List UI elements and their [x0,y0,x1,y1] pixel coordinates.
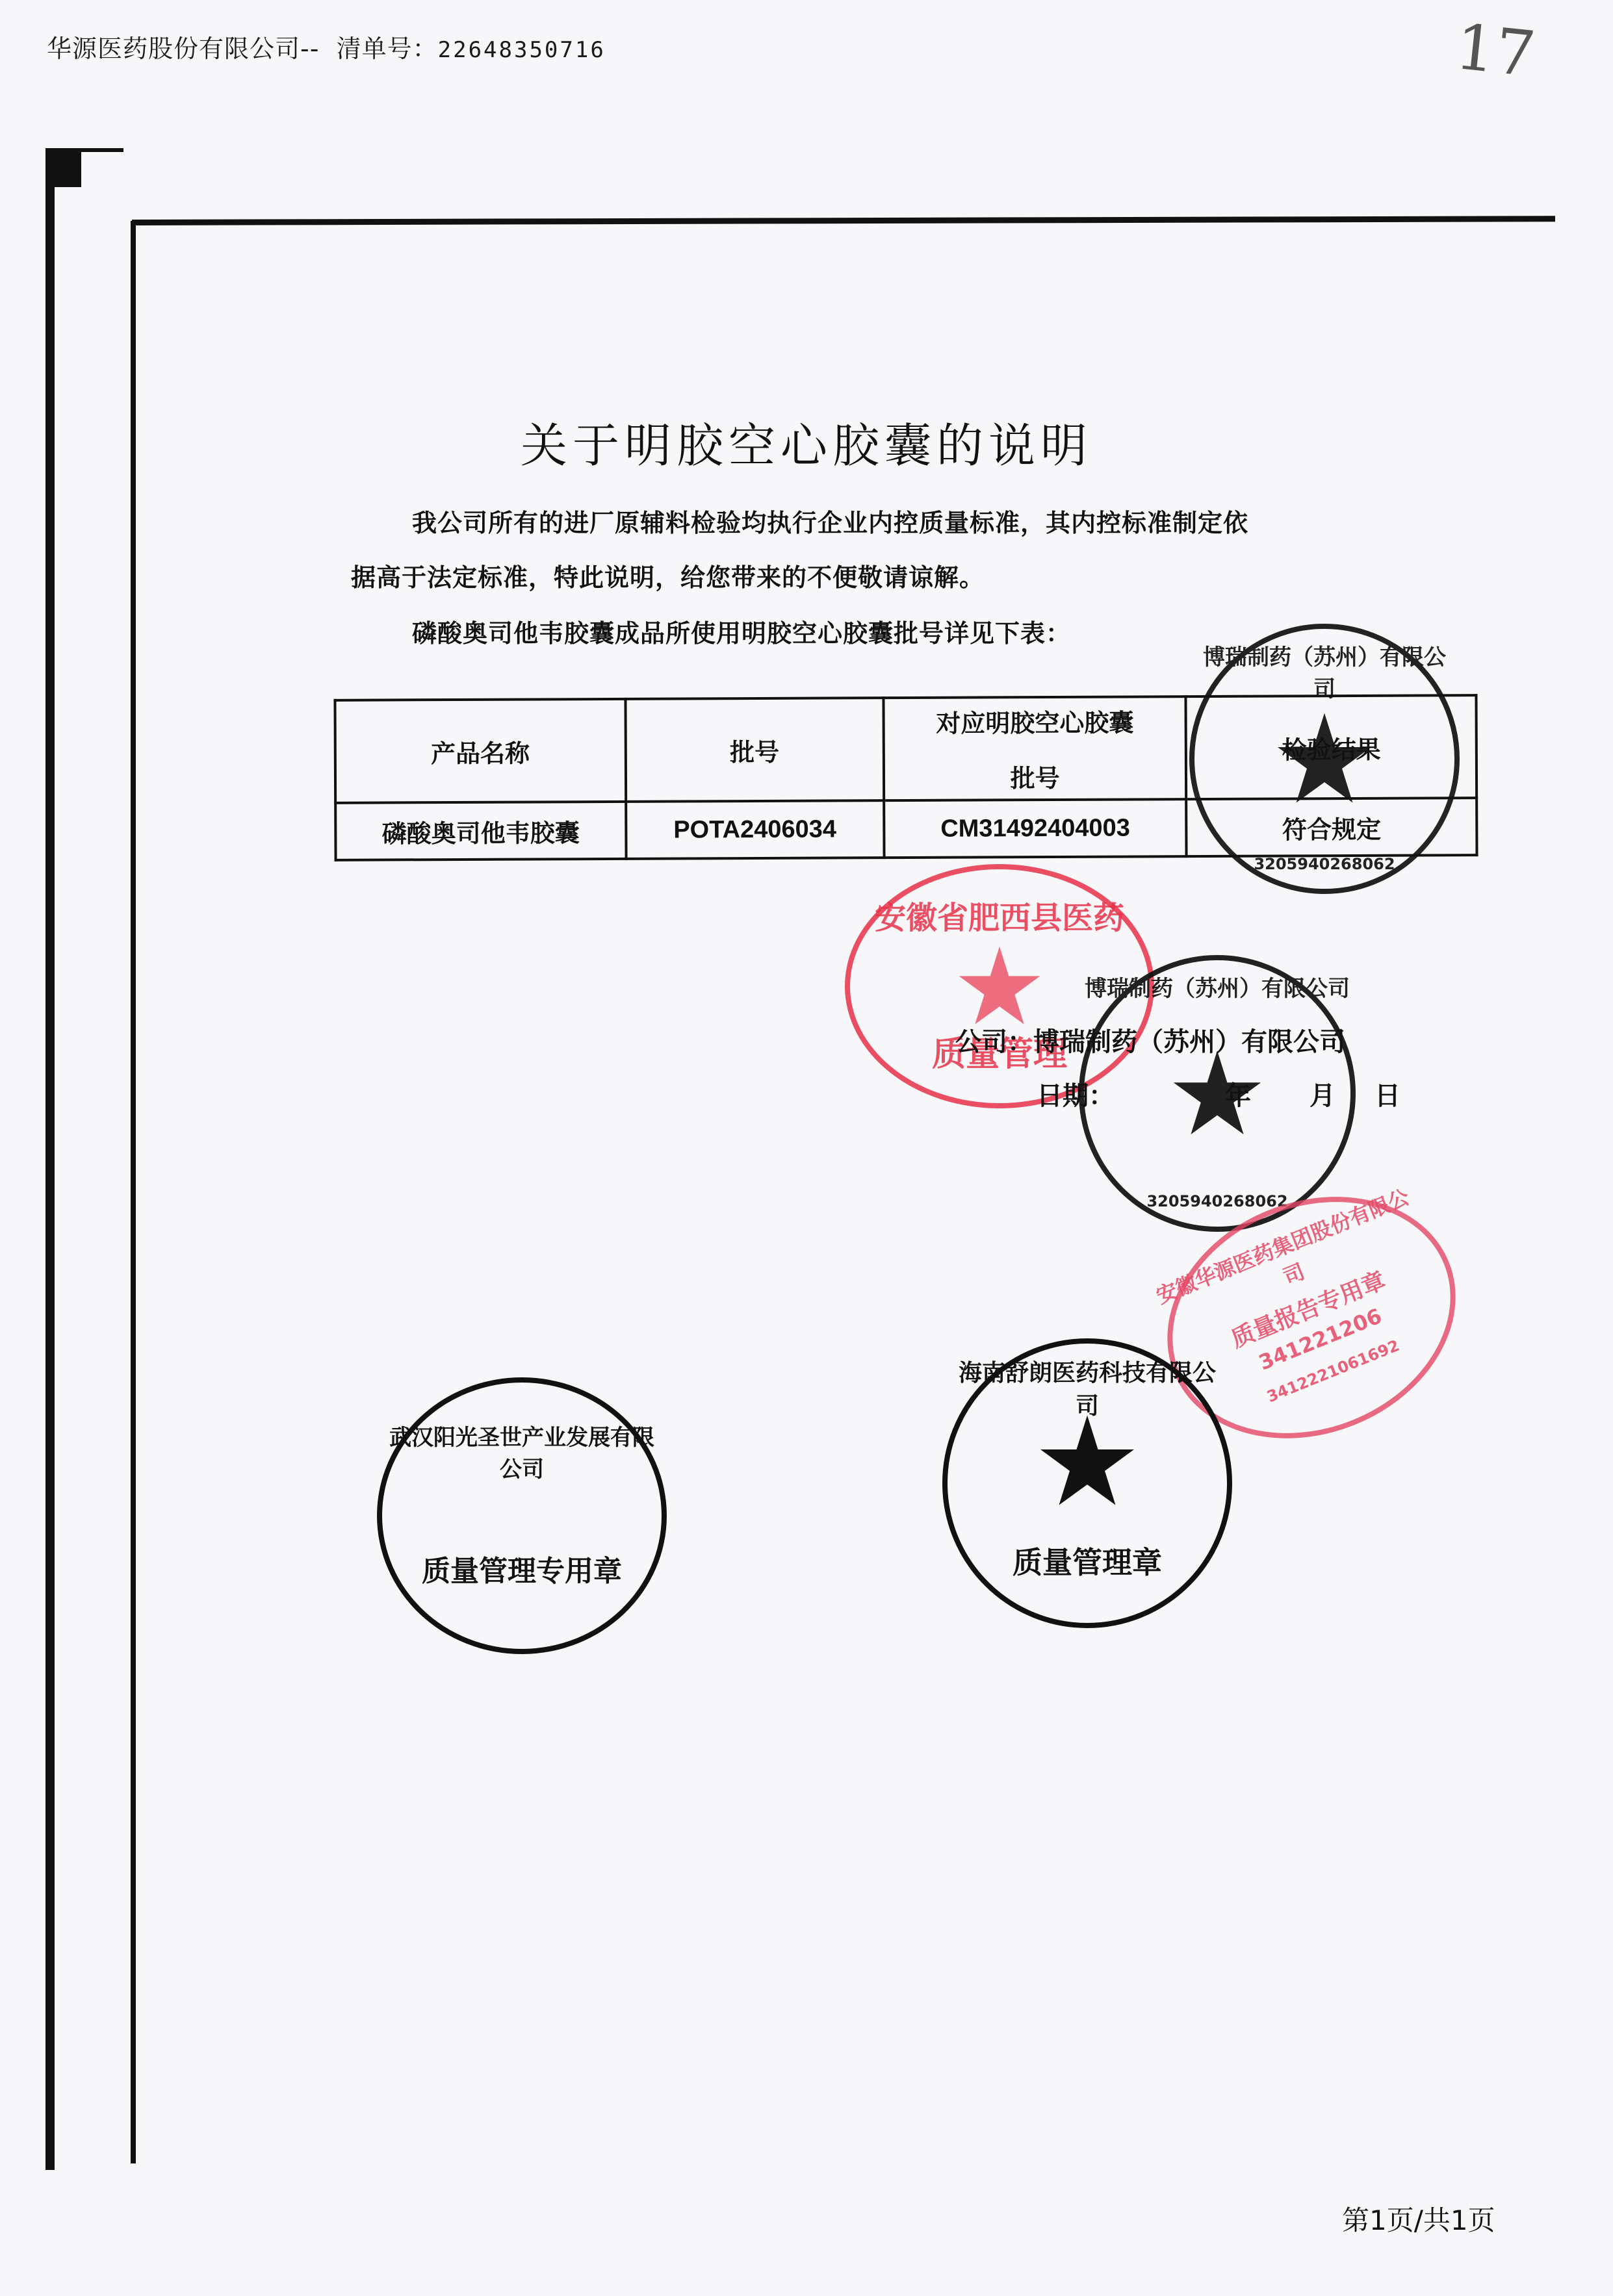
header-capsule-batch: 对应明胶空心胶囊 批号 [883,696,1186,800]
cell-product-name: 磷酸奥司他韦胶囊 [335,802,626,860]
seal-ring-text: 博瑞制药（苏州）有限公司 [1194,639,1454,703]
header-capsule-batch-line2: 批号 [886,758,1185,795]
document-header: 华源医药股份有限公司-- 清单号：22648350716 [47,29,606,64]
page-frame-left [131,221,136,2163]
wuhan-seal-ring-text: 武汉阳光圣世产业发展有限公司 [382,1420,662,1483]
paragraph-2: 磷酸奥司他韦胶囊成品所使用明胶空心胶囊批号详见下表： [412,613,1071,649]
scan-edge-corner [45,148,81,187]
handwritten-page-mark: 17 [1452,10,1538,91]
date-day-unit: 日 [1374,1081,1400,1111]
star-icon [957,944,1042,1028]
paragraph-1-line-2: 据高于法定标准，特此说明，给您带来的不便敬请谅解。 [351,557,985,593]
hainan-quality-seal: 海南舒朗医药科技有限公司 质量管理章 [942,1338,1232,1628]
page-frame-top [132,216,1555,225]
seal-code: 3205940268062 [1194,855,1454,873]
document-title: 关于明胶空心胶囊的说明 [0,408,1613,476]
star-icon [1039,1412,1136,1510]
star-icon [1276,710,1373,808]
header-product-name: 产品名称 [335,699,625,803]
hainan-seal-bottom-text: 质量管理章 [948,1539,1227,1582]
company-label: 公司： [955,1027,1033,1057]
header-batch-number: 批号 [625,698,884,802]
paragraph-1-line-1: 我公司所有的进厂原辅料检验均执行企业内控质量标准，其内控标准制定依 [412,503,1248,539]
cell-capsule-batch: CM31492404003 [884,799,1187,858]
company-seal-table: 博瑞制药（苏州）有限公司 3205940268062 [1189,624,1460,894]
star-icon [1172,1048,1263,1139]
seal-ring-text: 博瑞制药（苏州）有限公司 [1084,971,1350,1002]
red-seal-ring-text: 安徽省肥西县医药 [850,893,1149,938]
wuhan-quality-seal: 武汉阳光圣世产业发展有限公司 质量管理专用章 [377,1377,667,1654]
company-seal-signature: 博瑞制药（苏州）有限公司 3205940268062 [1079,955,1356,1232]
wuhan-seal-bottom-text: 质量管理专用章 [382,1548,662,1589]
page-info: 第1页/共1页 [1342,2199,1495,2238]
header-company: 华源医药股份有限公司-- [47,34,319,63]
hainan-seal-ring-text: 海南舒朗医药科技有限公司 [948,1355,1227,1421]
header-list-number: 22648350716 [438,37,606,63]
header-list-label: 清单号： [337,34,438,63]
cell-batch-number: POTA2406034 [626,800,884,859]
header-capsule-batch-line1: 对应明胶空心胶囊 [886,702,1185,739]
